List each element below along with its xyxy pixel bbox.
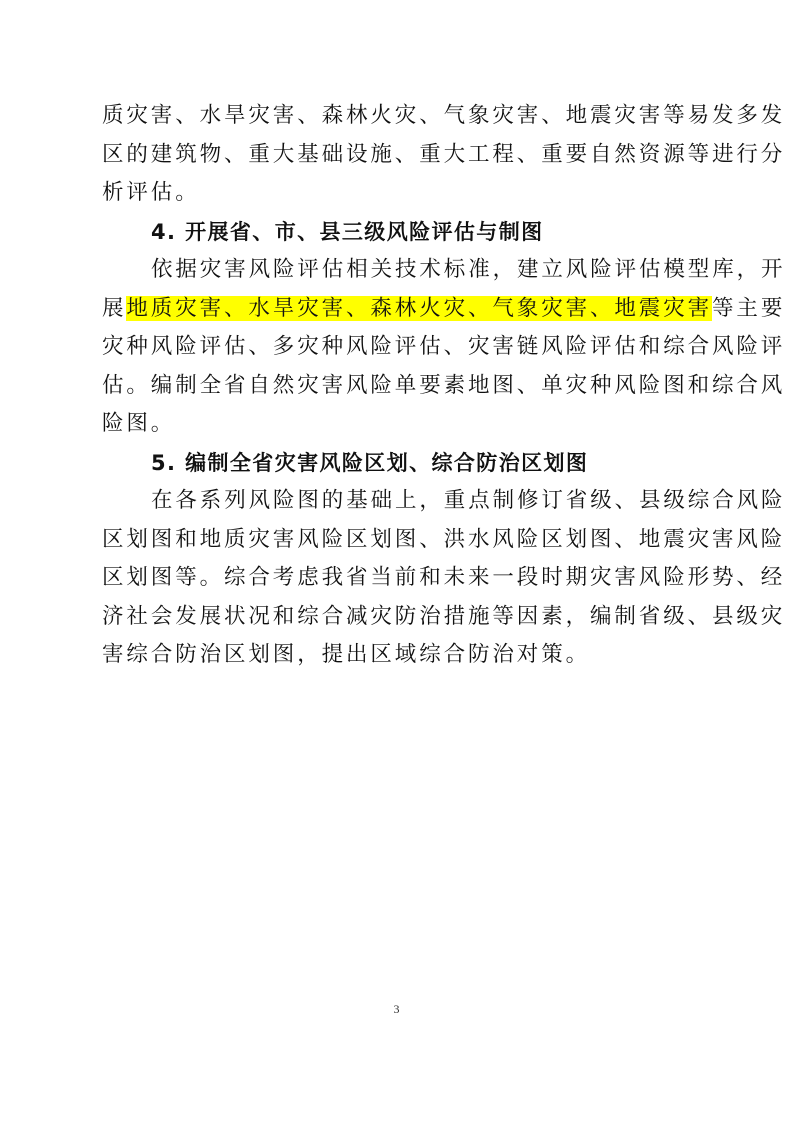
- highlighted-text[interactable]: 地质灾害、水旱灾害、森林火灾、气象灾害、地震灾害: [126, 296, 712, 321]
- page-number: 3: [0, 1002, 793, 1017]
- text-line-with-highlight: 展地质灾害、水旱灾害、森林火灾、气象灾害、地震灾害等主要: [102, 290, 692, 329]
- text-line: 区的建筑物、重大基础设施、重大工程、重要自然资源等进行分: [102, 136, 692, 175]
- text-line: 区划图等。综合考虑我省当前和未来一段时期灾害风险形势、经: [102, 559, 692, 598]
- text-line: 灾种风险评估、多灾种风险评估、灾害链风险评估和综合风险评: [102, 328, 692, 367]
- text-line: 在各系列风险图的基础上，重点制修订省级、县级综合风险: [102, 482, 692, 521]
- text-line: 济社会发展状况和综合减灾防治措施等因素，编制省级、县级灾: [102, 598, 692, 637]
- text-span: 展: [102, 296, 126, 321]
- text-line: 区划图和地质灾害风险区划图、洪水风险区划图、地震灾害风险: [102, 521, 692, 560]
- section-4-paragraph: 依据灾害风险评估相关技术标准，建立风险评估模型库，开 展地质灾害、水旱灾害、森林…: [102, 251, 692, 444]
- text-line: 险图。: [102, 405, 692, 444]
- section-4-heading: 4. 开展省、市、县三级风险评估与制图: [102, 213, 692, 252]
- page-content: 质灾害、水旱灾害、森林火灾、气象灾害、地震灾害等易发多发 区的建筑物、重大基础设…: [102, 97, 692, 675]
- text-line: 析评估。: [102, 174, 692, 213]
- text-line: 害综合防治区划图，提出区域综合防治对策。: [102, 636, 692, 675]
- section-5-paragraph: 在各系列风险图的基础上，重点制修订省级、县级综合风险 区划图和地质灾害风险区划图…: [102, 482, 692, 675]
- text-line: 估。编制全省自然灾害风险单要素地图、单灾种风险图和综合风: [102, 367, 692, 406]
- section-5-heading: 5. 编制全省灾害风险区划、综合防治区划图: [102, 444, 692, 483]
- text-line: 质灾害、水旱灾害、森林火灾、气象灾害、地震灾害等易发多发: [102, 97, 692, 136]
- document-page: 质灾害、水旱灾害、森林火灾、气象灾害、地震灾害等易发多发 区的建筑物、重大基础设…: [0, 0, 793, 1122]
- text-line: 依据灾害风险评估相关技术标准，建立风险评估模型库，开: [102, 251, 692, 290]
- continuation-paragraph: 质灾害、水旱灾害、森林火灾、气象灾害、地震灾害等易发多发 区的建筑物、重大基础设…: [102, 97, 692, 213]
- text-span: 等主要: [712, 296, 785, 321]
